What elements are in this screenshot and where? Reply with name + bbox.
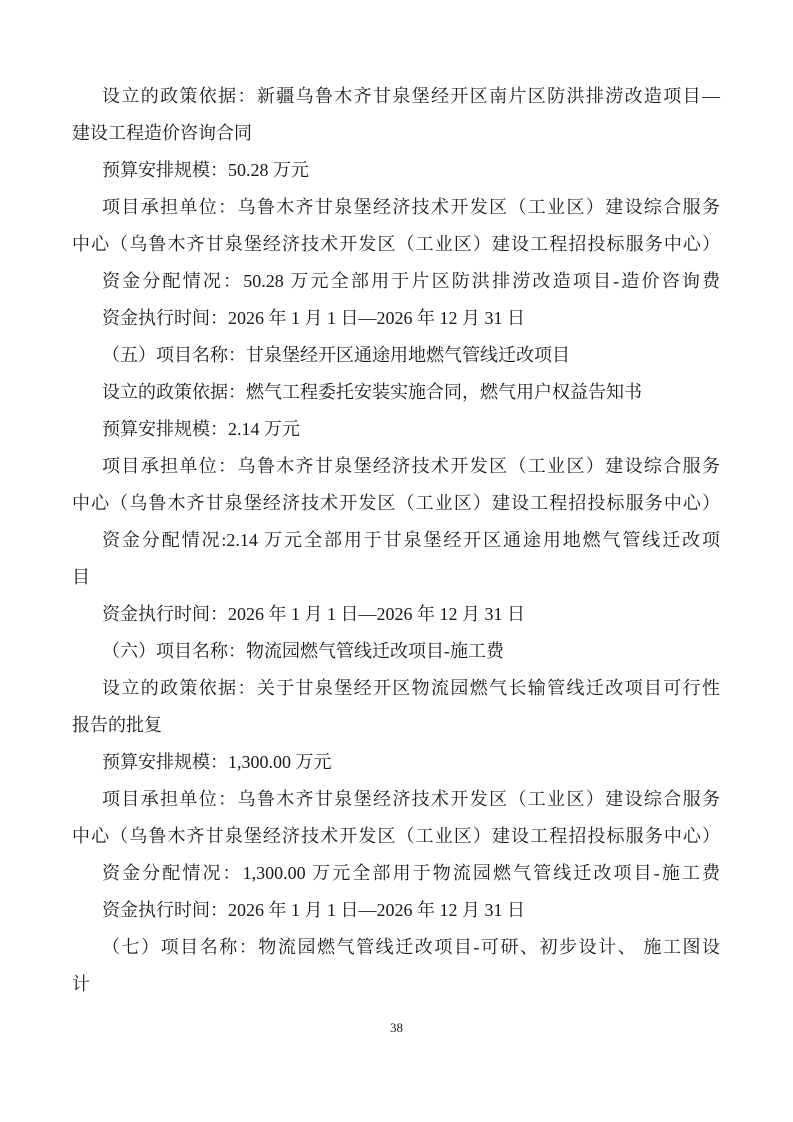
paragraph-line: （六）项目名称：物流园燃气管线迁改项目-施工费: [72, 633, 720, 670]
page-number: 38: [0, 1020, 793, 1036]
paragraph-line: 资金执行时间：2026 年 1 月 1 日—2026 年 12 月 31 日: [72, 892, 720, 929]
paragraph-line: 设立的政策依据：新疆乌鲁木齐甘泉堡经开区南片区防洪排涝改造项目—: [72, 78, 720, 115]
paragraph-line: （五）项目名称：甘泉堡经开区通途用地燃气管线迁改项目: [72, 337, 720, 374]
paragraph-line: 项目承担单位：乌鲁木齐甘泉堡经济技术开发区（工业区）建设综合服务: [72, 781, 720, 818]
paragraph-line: 中心（乌鲁木齐甘泉堡经济技术开发区（工业区）建设工程招投标服务中心）: [72, 485, 720, 522]
paragraph-line: 资金执行时间：2026 年 1 月 1 日—2026 年 12 月 31 日: [72, 300, 720, 337]
paragraph-line: 设立的政策依据：燃气工程委托安装实施合同，燃气用户权益告知书: [72, 374, 720, 411]
paragraph-line: 资金分配情况：50.28 万元全部用于片区防洪排涝改造项目-造价咨询费: [72, 263, 720, 300]
paragraph-line: 目: [72, 559, 720, 596]
paragraph-line: 计: [72, 966, 720, 1003]
paragraph-line: 设立的政策依据：关于甘泉堡经开区物流园燃气长输管线迁改项目可行性: [72, 670, 720, 707]
paragraph-line: 项目承担单位：乌鲁木齐甘泉堡经济技术开发区（工业区）建设综合服务: [72, 448, 720, 485]
paragraph-line: 预算安排规模：2.14 万元: [72, 411, 720, 448]
paragraph-line: 建设工程造价咨询合同: [72, 115, 720, 152]
paragraph-line: 项目承担单位：乌鲁木齐甘泉堡经济技术开发区（工业区）建设综合服务: [72, 189, 720, 226]
paragraph-line: 预算安排规模：1,300.00 万元: [72, 744, 720, 781]
paragraph-line: （七）项目名称：物流园燃气管线迁改项目-可研、初步设计、 施工图设: [72, 929, 720, 966]
paragraph-line: 报告的批复: [72, 707, 720, 744]
document-page: 设立的政策依据：新疆乌鲁木齐甘泉堡经开区南片区防洪排涝改造项目— 建设工程造价咨…: [0, 0, 793, 1122]
page-content: 设立的政策依据：新疆乌鲁木齐甘泉堡经开区南片区防洪排涝改造项目— 建设工程造价咨…: [72, 78, 720, 1003]
paragraph-line: 预算安排规模：50.28 万元: [72, 152, 720, 189]
paragraph-line: 资金分配情况：1,300.00 万元全部用于物流园燃气管线迁改项目-施工费: [72, 855, 720, 892]
paragraph-line: 资金分配情况:2.14 万元全部用于甘泉堡经开区通途用地燃气管线迁改项: [72, 522, 720, 559]
paragraph-line: 中心（乌鲁木齐甘泉堡经济技术开发区（工业区）建设工程招投标服务中心）: [72, 226, 720, 263]
paragraph-line: 资金执行时间：2026 年 1 月 1 日—2026 年 12 月 31 日: [72, 596, 720, 633]
paragraph-line: 中心（乌鲁木齐甘泉堡经济技术开发区（工业区）建设工程招投标服务中心）: [72, 818, 720, 855]
